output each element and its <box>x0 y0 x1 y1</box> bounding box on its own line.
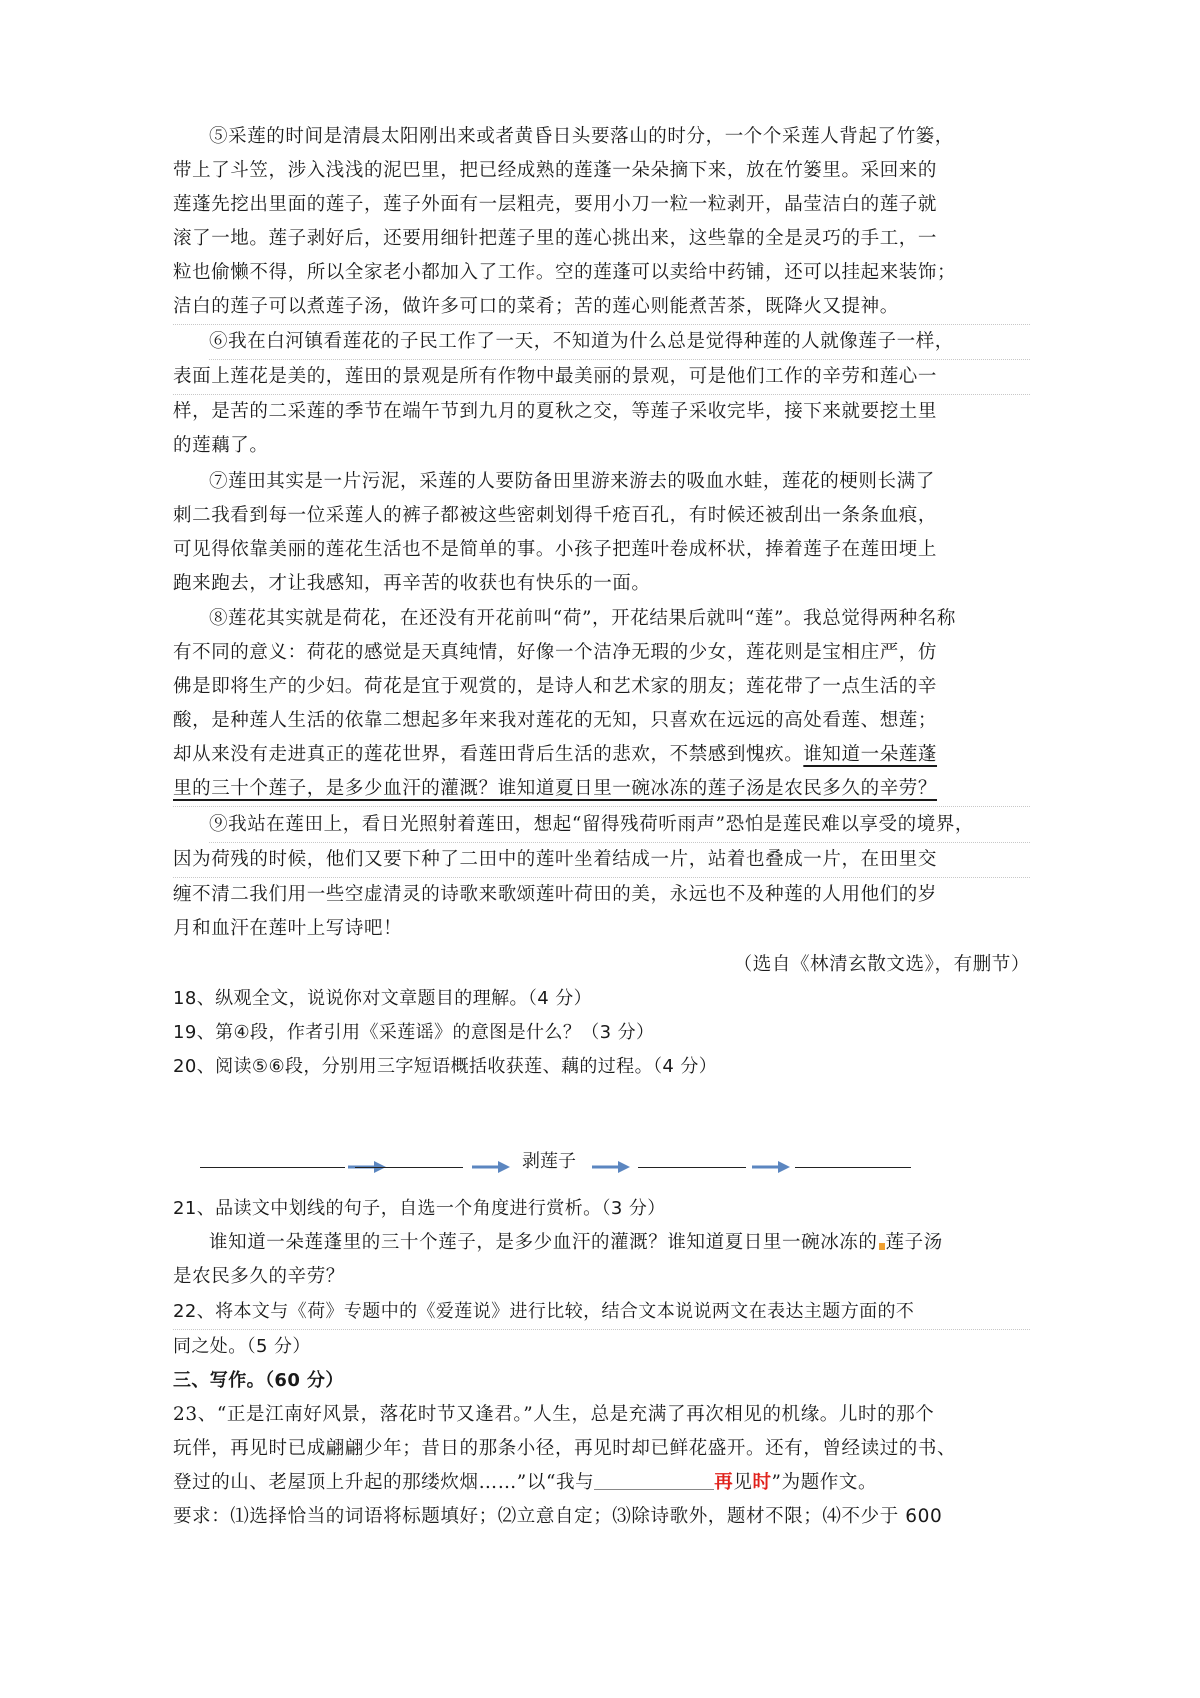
requirements-text: 要求：⑴选择恰当的词语将标题填好；⑵立意自定；⑶除诗歌外，题材不限；⑷不少于 <box>173 1506 899 1527</box>
question-22-line-1: 22、将本文与《荷》专题中的《爱莲说》进行比较，结合文本说说两文在表达主题方面的… <box>173 1295 1030 1330</box>
edit-marker-icon <box>879 1243 885 1250</box>
question-19: 19、第④段，作者引用《采莲谣》的意图是什么？（3 分） <box>173 1016 1030 1050</box>
p5-line-2: 带上了斗笠，涉入浅浅的泥巴里，把已经成熟的莲蓬一朵朵摘下来，放在竹篓里。采回来的 <box>173 154 1030 188</box>
p6-line-2: 表面上莲花是美的，莲田的景观是所有作物中最美丽的景观，可是他们工作的辛劳和莲心一 <box>173 360 1030 395</box>
q23-line-1: 23、“正是江南好风景，落花时节又逢君。”人生，总是充满了再次相见的机缘。儿时的… <box>173 1398 1030 1432</box>
arrow-right-icon <box>472 1159 512 1175</box>
arrow-right-icon <box>592 1159 632 1175</box>
word-count-number: 600 <box>905 1506 942 1527</box>
title-fill-blank[interactable] <box>594 1467 714 1490</box>
q21-quote-line-1: 谁知道一朵莲蓬里的三十个莲子，是多少血汗的灌溉？谁知道夏日里一碗冰冻的莲子汤 <box>209 1226 1030 1260</box>
p7-line-4: 跑来跑去，才让我感知，再辛苦的收获也有快乐的一面。 <box>173 567 1030 601</box>
q23-line-2: 玩伴，再见时已成翩翩少年；昔日的那条小径，再见时却已鲜花盛开。还有，曾经读过的书… <box>173 1432 1030 1466</box>
q23-prompt-text: 登过的山、老屋顶上升起的那缕炊烟……”以“我与 <box>173 1472 594 1493</box>
q21-quote-line-2: 是农民多久的辛劳？ <box>173 1260 1030 1294</box>
q23-prompt-end: ”为题作文。 <box>772 1472 878 1493</box>
question-22-line-2: 同之处。（5 分） <box>173 1330 1030 1364</box>
p5-line-1: ⑤采莲的时间是清晨太阳刚出来或者黄昏日头要落山的时分，一个个采莲人背起了竹篓， <box>209 120 1030 154</box>
q21-quote-text: 谁知道一朵莲蓬里的三十个莲子，是多少血汗的灌溉？谁知道夏日里一碗冰冻的 <box>209 1232 878 1253</box>
q23-requirements: 要求：⑴选择恰当的词语将标题填好；⑵立意自定；⑶除诗歌外，题材不限；⑷不少于 6… <box>173 1500 1030 1534</box>
p8-line-4: 酸，是种莲人生活的依靠二想起多年来我对莲花的无知，只喜欢在远远的高处看莲、想莲； <box>173 704 1030 738</box>
p5-line-4: 滚了一地。莲子剥好后，还要用细针把莲子里的莲心挑出来，这些靠的全是灵巧的手工，一 <box>173 222 1030 256</box>
given-step: 剥莲子 <box>522 1147 576 1173</box>
title-word-black: 见 <box>733 1472 752 1493</box>
p8-line-2: 有不同的意义：荷花的感觉是天真纯情，好像一个洁净无瑕的少女，莲花则是宝相庄严，仿 <box>173 636 1030 670</box>
p7-line-3: 可见得依靠美丽的莲花生活也不是简单的事。小孩子把莲叶卷成杯状，捧着莲子在莲田埂上 <box>173 533 1030 567</box>
p8-line-6: 里的三十个莲子，是多少血汗的灌溉？谁知道夏日里一碗冰冻的莲子汤是农民多久的辛劳？ <box>173 772 1030 807</box>
question-18: 18、纵观全文，说说你对文章题目的理解。（4 分） <box>173 982 1030 1016</box>
title-word-red-1: 再 <box>714 1472 733 1493</box>
question-20: 20、阅读⑤⑥段，分别用三字短语概括收获莲、藕的过程。（4 分） <box>173 1050 1030 1084</box>
q21-quote-text-end: 莲子汤 <box>886 1232 943 1253</box>
p9-line-3: 缠不清二我们用一些空虚清灵的诗歌来歌颂莲叶荷田的美，永远也不及种莲的人用他们的岁 <box>173 878 1030 912</box>
q23-line-3: 登过的山、老屋顶上升起的那缕炊烟……”以“我与再见时”为题作文。 <box>173 1466 1030 1500</box>
arrow-right-icon <box>752 1159 792 1175</box>
p6-line-3: 样，是苦的二采莲的季节在端午节到九月的夏秋之交，等莲子采收完毕，接下来就要挖土里 <box>173 395 1030 429</box>
p7-line-1: ⑦莲田其实是一片污泥，采莲的人要防备田里游来游去的吸血水蛙，莲花的梗则长满了 <box>209 465 1030 499</box>
p8-line-3: 佛是即将生产的少妇。荷花是宜于观赏的，是诗人和艺术家的朋友；莲花带了一点生活的辛 <box>173 670 1030 704</box>
question-21: 21、品读文中划线的句子，自选一个角度进行赏析。（3 分） <box>173 1192 1030 1226</box>
underlined-sentence-start: 谁知道一朵莲蓬 <box>803 744 937 765</box>
underlined-sentence-end: 里的三十个莲子，是多少血汗的灌溉？谁知道夏日里一碗冰冻的莲子汤是农民多久的辛劳？ <box>173 778 937 799</box>
p5-line-5: 粒也偷懒不得，所以全家老小都加入了工作。空的莲蓬可以卖给中药铺，还可以挂起来装饰… <box>173 256 1030 290</box>
p8-line-5: 却从来没有走进真正的莲花世界，看莲田背后生活的悲欢，不禁感到愧疚。谁知道一朵莲蓬 <box>173 738 1030 772</box>
p6-line-1: ⑥我在白河镇看莲花的子民工作了一天，不知道为什么总是觉得种莲的人就像莲子一样， <box>209 325 1030 360</box>
p9-line-2: 因为荷残的时候，他们又要下种了二田中的莲叶坐着结成一片，站着也叠成一片，在田里交 <box>173 843 1030 878</box>
p5-line-6: 洁白的莲子可以煮莲子汤，做许多可口的菜肴；苦的莲心则能煮苦茶，既降火又提神。 <box>173 290 1030 325</box>
answer-blank-4[interactable] <box>795 1167 911 1168</box>
answer-blank-1[interactable] <box>200 1167 345 1168</box>
answer-blank-2[interactable] <box>355 1167 463 1168</box>
p8-line-5-plain: 却从来没有走进真正的莲花世界，看莲田背后生活的悲欢，不禁感到愧疚。 <box>173 744 803 765</box>
p9-line-1: ⑨我站在莲田上，看日光照射着莲田，想起“留得残荷听雨声”恐怕是莲民难以享受的境界… <box>209 808 1030 843</box>
p9-line-4: 月和血汗在莲叶上写诗吧！ <box>173 912 1030 946</box>
p8-line-1: ⑧莲花其实就是荷花，在还没有开花前叫“荷”，开花结果后就叫“莲”。我总觉得两种名… <box>209 602 1030 636</box>
exam-page: ⑤采莲的时间是清晨太阳刚出来或者黄昏日头要落山的时分，一个个采莲人背起了竹篓， … <box>0 0 1200 1698</box>
writing-section-heading: 三、写作。（60 分） <box>173 1364 1030 1398</box>
q20-process-flow: 剥莲子 <box>200 1145 1020 1185</box>
p6-line-4: 的莲藕了。 <box>173 429 1030 463</box>
p5-line-3: 莲蓬先挖出里面的莲子，莲子外面有一层粗壳，要用小刀一粒一粒剥开，晶莹洁白的莲子就 <box>173 188 1030 222</box>
answer-blank-3[interactable] <box>638 1167 746 1168</box>
source-citation: （选自《林清玄散文选》，有删节） <box>630 948 1030 982</box>
title-word-red-2: 时 <box>752 1472 771 1493</box>
p7-line-2: 刺二我看到每一位采莲人的裤子都被这些密刺划得千疮百孔，有时候还被刮出一条条血痕， <box>173 499 1030 533</box>
